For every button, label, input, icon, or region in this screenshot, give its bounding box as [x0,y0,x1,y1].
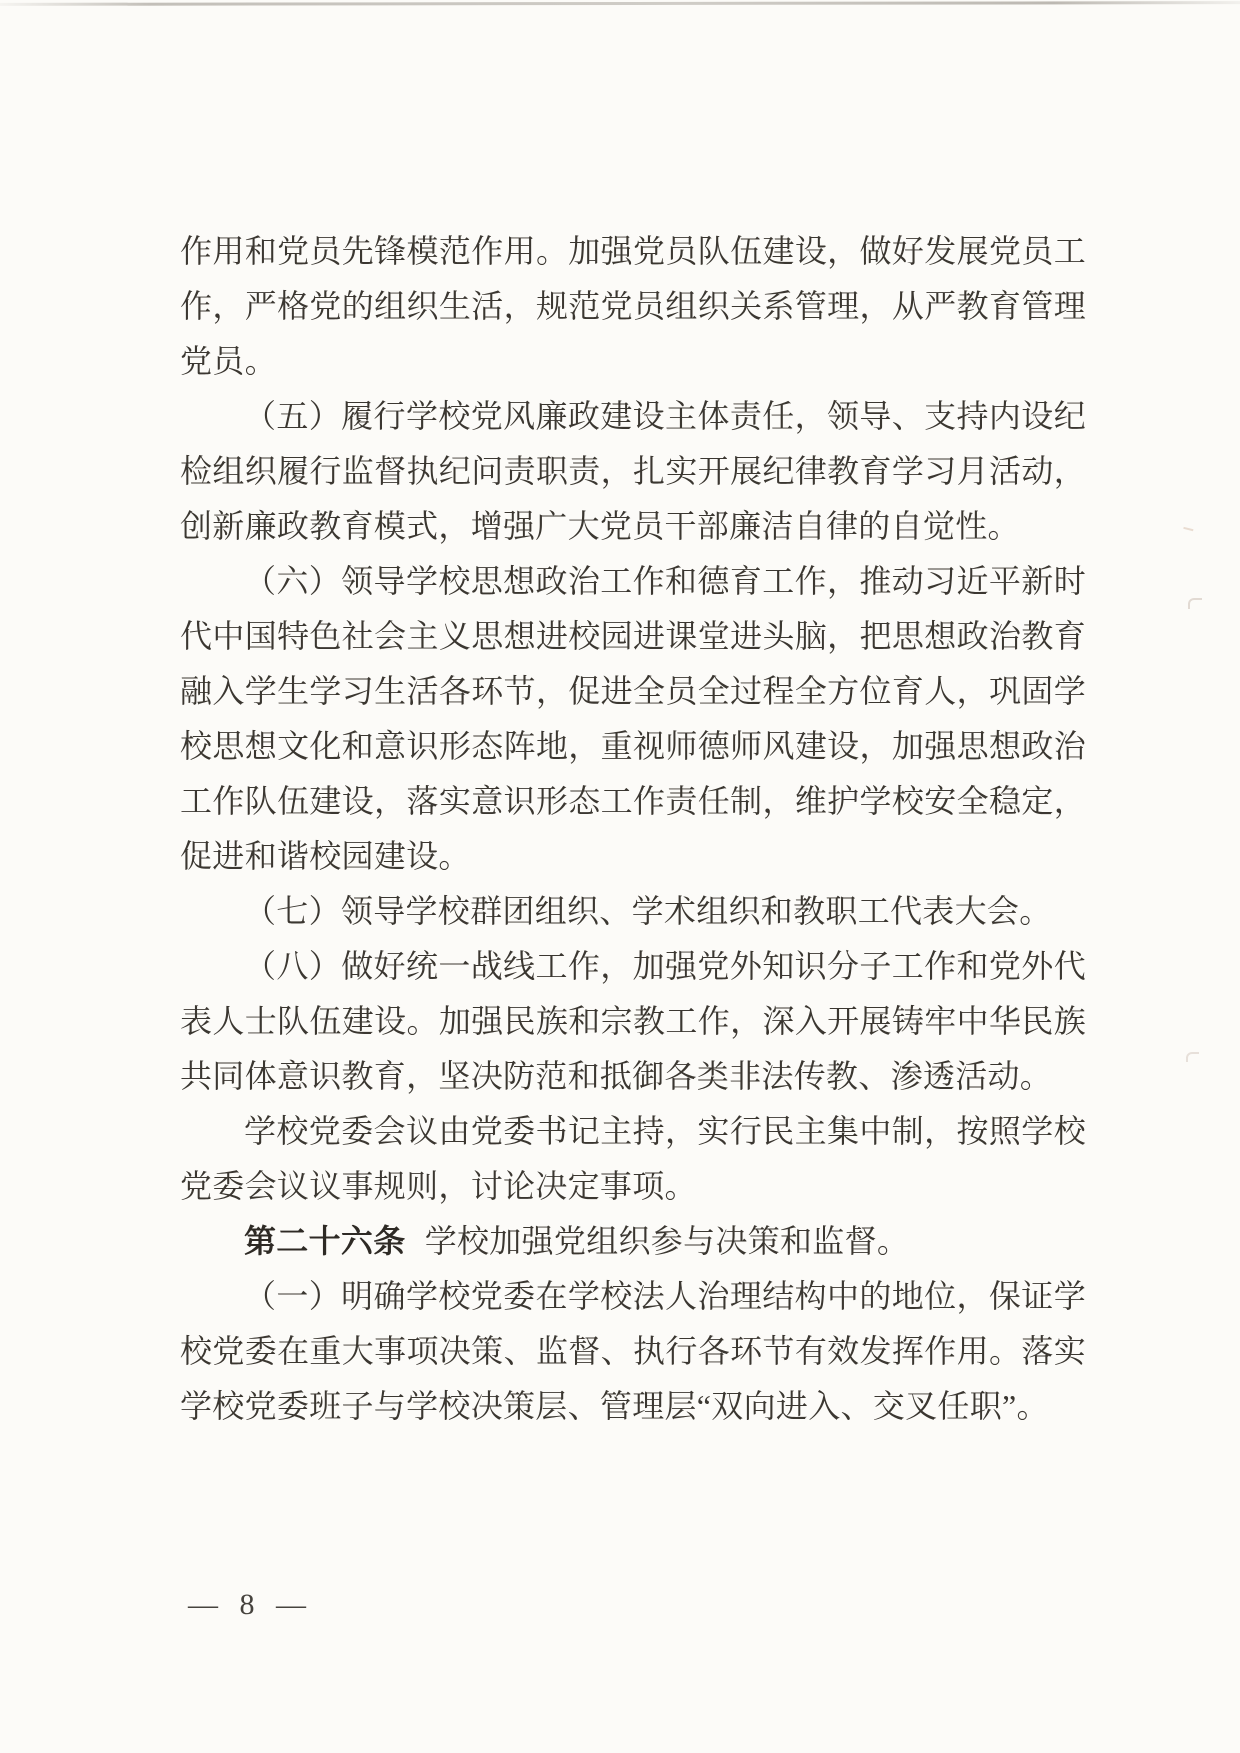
paragraph-clause-7: （七）领导学校群团组织、学术组织和教职工代表大会。 [180,884,1086,939]
paragraph-continuation: 作用和党员先锋模范作用。加强党员队伍建设，做好发展党员工作，严格党的组织生活，规… [180,224,1086,389]
article-26-number: 第二十六条 [244,1223,406,1259]
paragraph-item-1: （一）明确学校党委在学校法人治理结构中的地位，保证学校党委在重大事项决策、监督、… [180,1269,1086,1434]
paragraph-article-26: 第二十六条学校加强党组织参与决策和监督。 [180,1214,1086,1269]
paragraph-committee-meeting: 学校党委会议由党委书记主持，实行民主集中制，按照学校党委会议议事规则，讨论决定事… [180,1104,1086,1214]
scan-edge-line [0,1,1240,6]
scan-smudge-icon [1188,598,1202,609]
paragraph-clause-5: （五）履行学校党风廉政建设主体责任，领导、支持内设纪检组织履行监督执纪问责职责，… [180,389,1086,554]
document-text-block: 作用和党员先锋模范作用。加强党员队伍建设，做好发展党员工作，严格党的组织生活，规… [180,224,1086,1434]
scanned-document-page: 作用和党员先锋模范作用。加强党员队伍建设，做好发展党员工作，严格党的组织生活，规… [0,0,1240,1753]
paragraph-clause-6: （六）领导学校思想政治工作和德育工作，推动习近平新时代中国特色社会主义思想进校园… [180,554,1086,884]
page-number: — 8 — [188,1588,313,1622]
article-26-text: 学校加强党组织参与决策和监督。 [425,1223,910,1259]
paragraph-clause-8: （八）做好统一战线工作，加强党外知识分子工作和党外代表人士队伍建设。加强民族和宗… [180,939,1086,1104]
scan-smudge-icon [1183,527,1194,534]
scan-smudge-icon [1186,1052,1199,1062]
